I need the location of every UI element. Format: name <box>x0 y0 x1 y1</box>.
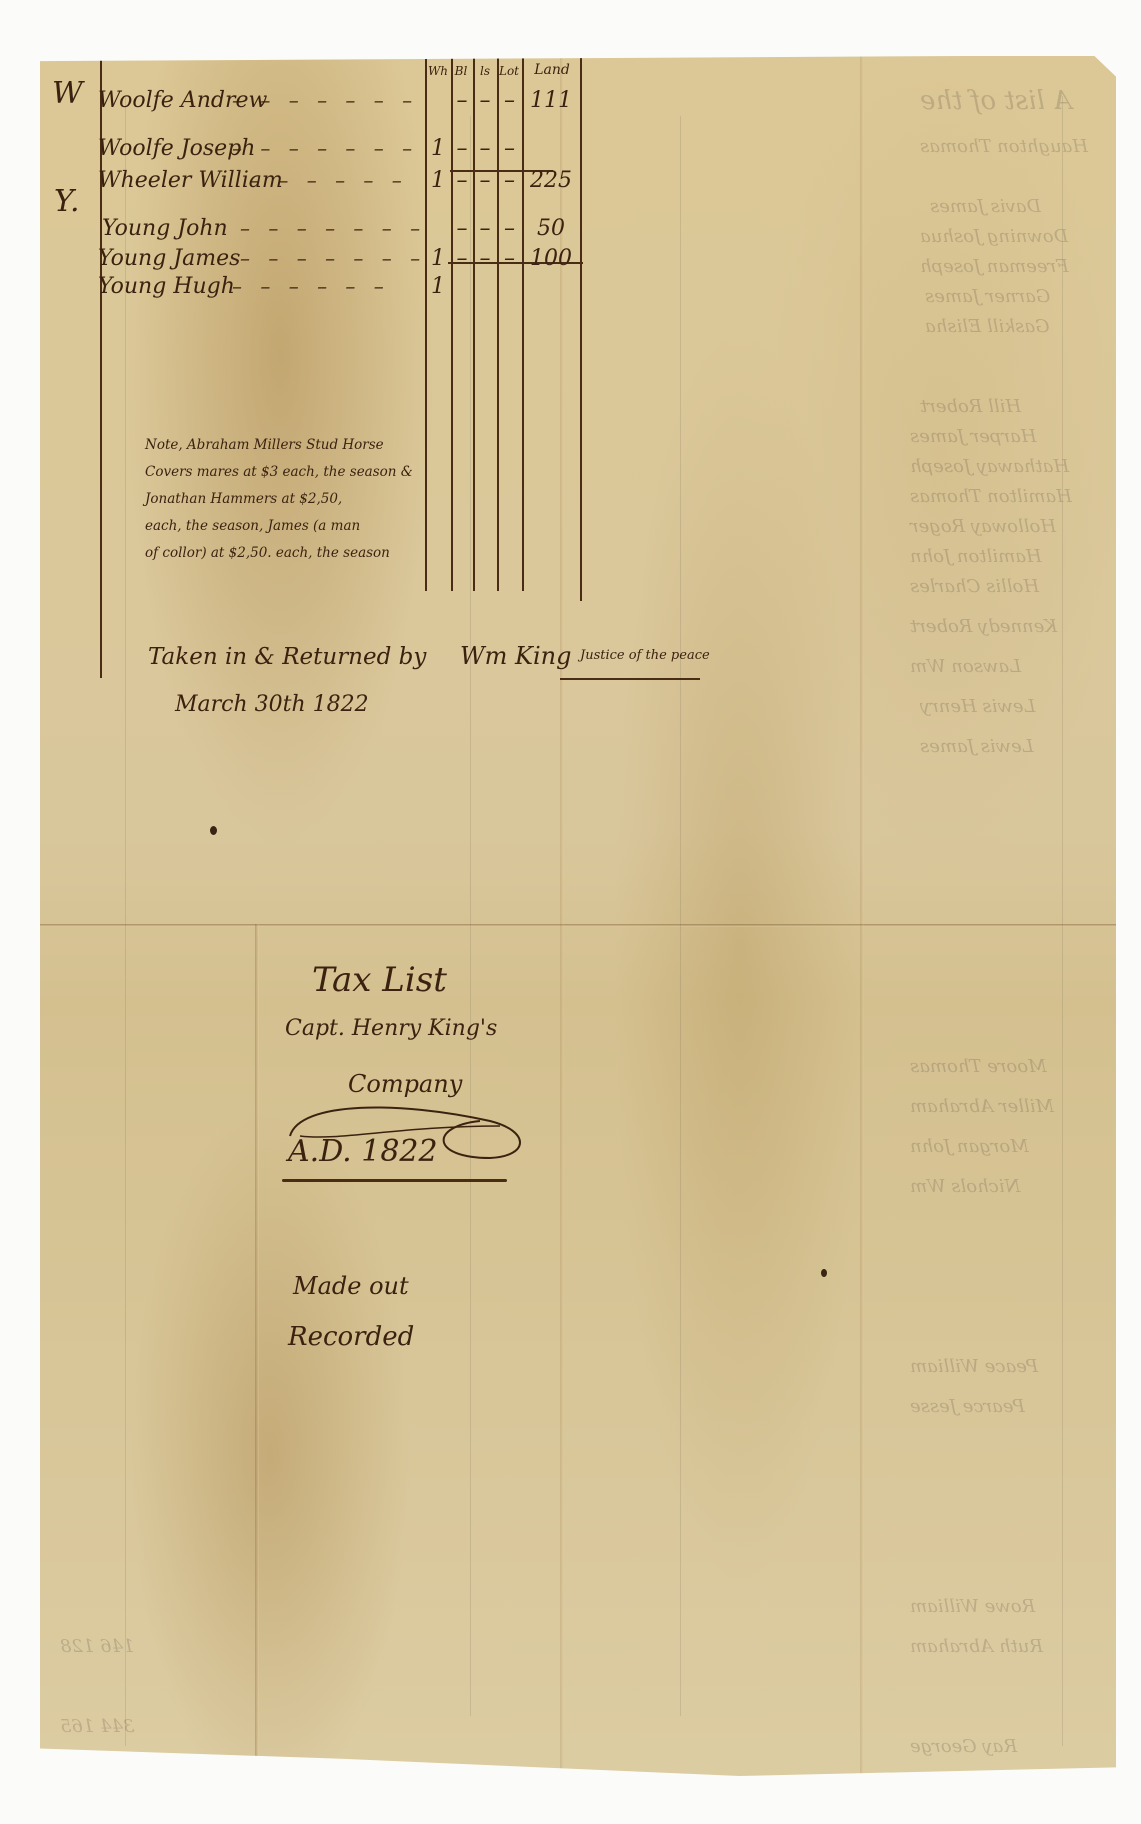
cell-land: 111 <box>522 88 580 113</box>
vertical-fold-left <box>255 924 259 1776</box>
cell-wh: 1 <box>425 274 451 299</box>
note-line: Covers mares at $3 each, the season & <box>145 459 413 486</box>
bleed-through-text: 146 128 <box>60 1636 134 1657</box>
taxpayer-name: Young James <box>98 246 240 271</box>
note-line: Note, Abraham Millers Stud Horse <box>145 432 384 459</box>
attestation-date: March 30th 1822 <box>175 692 369 717</box>
cell-land: 225 <box>522 168 580 193</box>
bleed-through-text: Lawson Wm <box>910 656 1021 677</box>
manuscript-page: A list of the Haughton Thomas Davis Jame… <box>40 56 1116 1776</box>
column-header-land: Land <box>524 62 580 78</box>
leader-dashes: – – – – – – – <box>232 136 418 160</box>
note-line: of collor) at $2,50. each, the season <box>145 540 390 567</box>
bleed-through-text: Lewis Henry <box>920 696 1035 717</box>
cell-ls: – <box>473 136 497 161</box>
table-row: Young Hugh – – – – – – 1 <box>40 274 1116 304</box>
note-line: Jonathan Hammers at $2,50, <box>145 486 342 513</box>
docket-company: Company <box>348 1070 462 1098</box>
bleed-rule <box>470 116 471 1716</box>
horizontal-fold <box>40 924 1116 927</box>
bleed-through-text: Hamilton Thomas <box>910 486 1072 507</box>
bleed-through-text: Harper James <box>910 426 1036 447</box>
leader-dashes: – – – – – – – <box>232 88 418 112</box>
bleed-through-text: 344 165 <box>60 1716 134 1737</box>
ink-stain <box>540 1776 548 1783</box>
bleed-rule <box>1062 96 1063 1746</box>
bleed-rule <box>125 96 126 1746</box>
cell-ls: – <box>473 246 497 271</box>
bleed-through-text: Hill Robert <box>920 396 1021 417</box>
cell-lot: – <box>497 88 522 113</box>
bleed-through-text: Rowe William <box>910 1596 1035 1617</box>
cell-wh: 1 <box>425 168 451 193</box>
ink-stain <box>821 1269 827 1277</box>
bleed-through-text: Hollis Charles <box>910 576 1039 597</box>
cell-bl: – <box>451 246 473 271</box>
cell-bl: – <box>451 136 473 161</box>
bleed-through-text: Lewis James <box>920 736 1034 757</box>
leader-dashes: – – – – – – – <box>240 216 426 240</box>
cell-lot: – <box>497 168 522 193</box>
cell-bl: – <box>451 88 473 113</box>
column-header-wh: Wh <box>426 64 450 78</box>
docket-year: A.D. 1822 <box>288 1134 438 1169</box>
docket-company-line: Capt. Henry King's <box>285 1016 497 1041</box>
bleed-through-text: Nichols Wm <box>910 1176 1020 1197</box>
table-row: Young James – – – – – – – 1 – – – 100 <box>40 246 1116 276</box>
ink-stain <box>210 826 217 835</box>
cell-ls: – <box>473 168 497 193</box>
bleed-through-text: Ray George <box>910 1736 1017 1757</box>
bleed-through-text: Kennedy Robert <box>910 616 1057 637</box>
leader-dashes: – – – – – – <box>250 168 408 192</box>
column-header-bl: Bl <box>450 64 472 78</box>
bleed-through-text: Hamilton John <box>910 546 1042 567</box>
cell-lot: – <box>497 216 522 241</box>
docket-underline <box>282 1179 507 1182</box>
table-row: Woolfe Andrew – – – – – – – – – – 111 <box>40 88 1116 118</box>
bleed-rule <box>680 116 681 1716</box>
bleed-through-text: Hathaway Joseph <box>910 456 1069 477</box>
note-line: each, the season, James (a man <box>145 513 360 540</box>
bleed-through-text: Gaskill Elisha <box>925 316 1049 337</box>
bleed-through-text: Moore Thomas <box>910 1056 1047 1077</box>
vertical-fold-right <box>860 56 864 1776</box>
cell-lot: – <box>497 136 522 161</box>
table-row: Wheeler William – – – – – – 1 – – – 225 <box>40 168 1116 198</box>
signature: Wm King <box>460 642 571 670</box>
signature-underline <box>560 678 700 680</box>
bleed-through-text: Morgan John <box>910 1136 1029 1157</box>
docket-title: Tax List <box>312 960 447 1000</box>
cell-ls: – <box>473 88 497 113</box>
bleed-through-text: Holloway Roger <box>910 516 1056 537</box>
bleed-through-text: Pearce Jesse <box>910 1396 1025 1417</box>
cell-bl: – <box>451 216 473 241</box>
cell-bl: – <box>451 168 473 193</box>
cell-ls: – <box>473 216 497 241</box>
bleed-through-text: Davis James <box>930 196 1041 217</box>
taxpayer-name: Young Hugh <box>98 274 235 299</box>
cell-wh: 1 <box>425 246 451 271</box>
taxpayer-name: Young John <box>102 216 228 241</box>
cell-wh: 1 <box>425 136 451 161</box>
docket-note: Made out <box>293 1272 409 1300</box>
attestation-text: Taken in & Returned by <box>148 644 426 670</box>
column-header-lot: Lot <box>497 64 521 78</box>
bleed-through-text: Peace William <box>910 1356 1038 1377</box>
cell-land: 100 <box>522 246 580 271</box>
leader-dashes: – – – – – – <box>232 274 390 298</box>
signatory-title: Justice of the peace <box>580 648 710 663</box>
vertical-fold-center <box>560 56 564 1776</box>
table-row: Woolfe Joseph – – – – – – – 1 – – – <box>40 136 1116 166</box>
leader-dashes: – – – – – – – <box>240 246 426 270</box>
cell-lot: – <box>497 246 522 271</box>
bleed-through-text: Ruth Abraham <box>910 1636 1043 1657</box>
cell-land: 50 <box>522 216 580 241</box>
bleed-through-text: Miller Abraham <box>910 1096 1054 1117</box>
docket-note: Recorded <box>288 1322 414 1352</box>
column-header-ls: ls <box>473 64 497 78</box>
table-row: Young John – – – – – – – – – – 50 <box>40 216 1116 246</box>
